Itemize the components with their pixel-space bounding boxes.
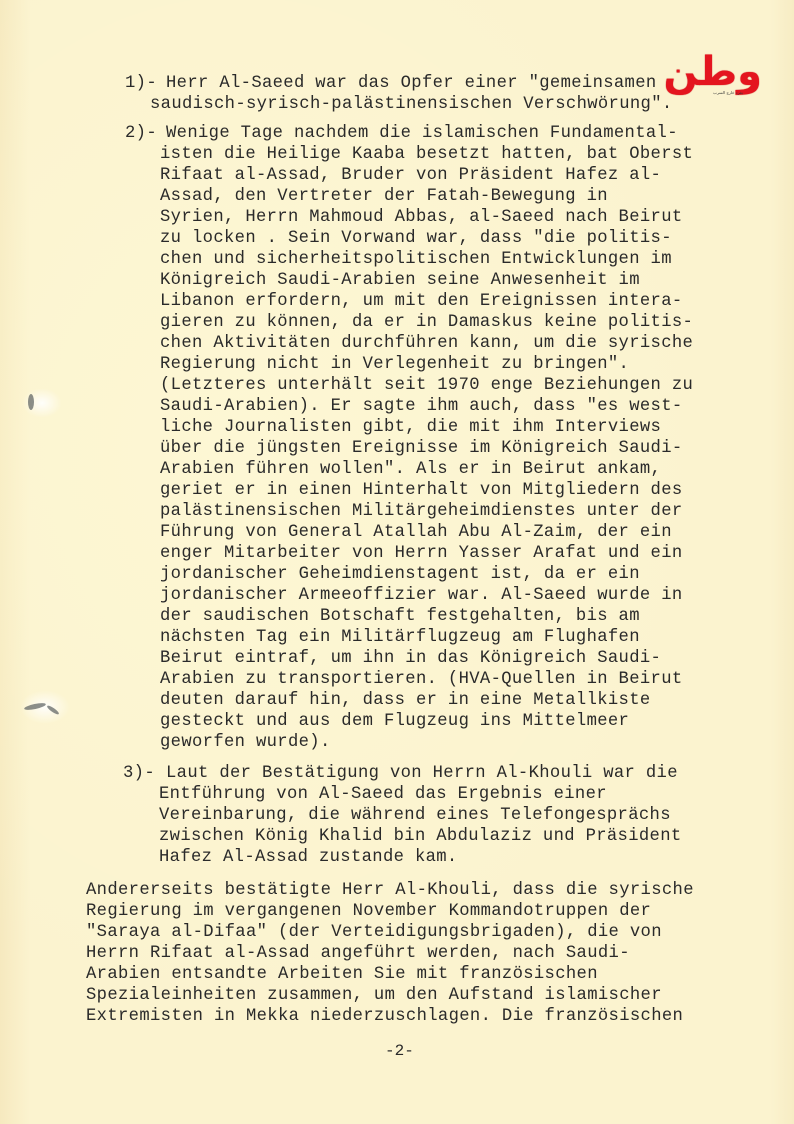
text-line: Andererseits bestätigte Herr Al-Khouli, … [86,880,694,901]
text-line: Laut der Bestätigung von Herrn Al-Khouli… [166,763,678,784]
text-line: chen Aktivitäten durchführen kann, um di… [160,333,693,354]
text-line: saudisch-syrisch-palästinensischen Versc… [150,94,673,115]
text-line: zu locken . Sein Vorwand war, dass "die … [160,228,672,249]
text-line: nächsten Tag ein Militärflugzeug am Flug… [160,627,640,648]
watermark-logo: وطن يغرد خارج السرب [676,52,762,100]
logo-tagline: يغرد خارج السرب [698,90,758,95]
text-line: Entführung von Al-Saeed das Ergebnis ein… [159,784,607,805]
text-line: jordanischer Armeeoffizier war. Al-Saeed… [160,585,683,606]
text-line: Arabien entsandte Arbeiten Sie mit franz… [86,964,598,985]
text-line: gieren zu können, da er in Damaskus kein… [160,312,693,333]
scan-smudge [20,690,70,724]
text-line: geworfen wurde). [160,732,331,753]
text-line: Arabien zu transportieren. (HVA-Quellen … [160,669,683,690]
text-line: enger Mitarbeiter von Herrn Yasser Arafa… [160,543,683,564]
scan-smudge [22,388,62,418]
text-line: Assad, den Vertreter der Fatah-Bewegung … [160,186,608,207]
text-line: palästinensischen Militärgeheimdienstes … [160,501,683,522]
text-line: Wenige Tage nachdem die islamischen Fund… [166,123,678,144]
text-line: Herr Al-Saeed war das Opfer einer "gemei… [166,73,657,94]
text-line: Libanon erfordern, um mit den Ereignisse… [160,291,683,312]
item-marker: 1)- [125,73,157,94]
document-page: وطن يغرد خارج السرب 1)- Herr Al-Saeed wa… [0,0,794,1124]
item-marker: 2)- [125,123,157,144]
text-line: Extremisten in Mekka niederzuschlagen. D… [86,1006,683,1027]
text-line: über die jüngsten Ereignisse im Königrei… [160,438,683,459]
text-line: gesteckt und aus dem Flugzeug ins Mittel… [160,711,629,732]
text-line: (Letzteres unterhält seit 1970 enge Bezi… [160,375,693,396]
text-line: Saudi-Arabien). Er sagte ihm auch, dass … [160,396,683,417]
text-line: Syrien, Herrn Mahmoud Abbas, al-Saeed na… [160,207,683,228]
text-line: liche Journalisten gibt, die mit ihm Int… [160,417,661,438]
text-line: Beirut eintraf, um ihn in das Königreich… [160,648,661,669]
text-line: Regierung nicht in Verlegenheit zu bring… [160,354,629,375]
text-line: Spezialeinheiten zusammen, um den Aufsta… [86,985,662,1006]
logo-wordmark: وطن [676,48,762,96]
text-line: "Saraya al-Difaa" (der Verteidigungsbrig… [86,922,662,943]
text-line: Führung von General Atallah Abu Al-Zaim,… [160,522,672,543]
text-line: Arabien führen wollen". Als er in Beirut… [160,459,661,480]
text-line: Vereinbarung, die während eines Telefong… [159,805,671,826]
text-line: deuten darauf hin, dass er in eine Metal… [160,690,651,711]
text-line: der saudischen Botschaft festgehalten, b… [160,606,640,627]
text-line: jordanischer Geheimdienstagent ist, da e… [160,564,640,585]
page-number: -2- [385,1041,414,1061]
text-line: chen und sicherheitspolitischen Entwickl… [160,249,672,270]
text-line: geriet er in einen Hinterhalt von Mitgli… [160,480,683,501]
item-marker: 3)- [123,763,155,784]
text-line: Regierung im vergangenen November Komman… [86,901,651,922]
text-line: Rifaat al-Assad, Bruder von Präsident Ha… [160,165,661,186]
text-line: Hafez Al-Assad zustande kam. [159,847,458,868]
text-line: Herrn Rifaat al-Assad angeführt werden, … [86,943,630,964]
text-line: zwischen König Khalid bin Abdulaziz und … [159,826,682,847]
text-line: isten die Heilige Kaaba besetzt hatten, … [160,144,693,165]
text-line: Königreich Saudi-Arabien seine Anwesenhe… [160,270,640,291]
